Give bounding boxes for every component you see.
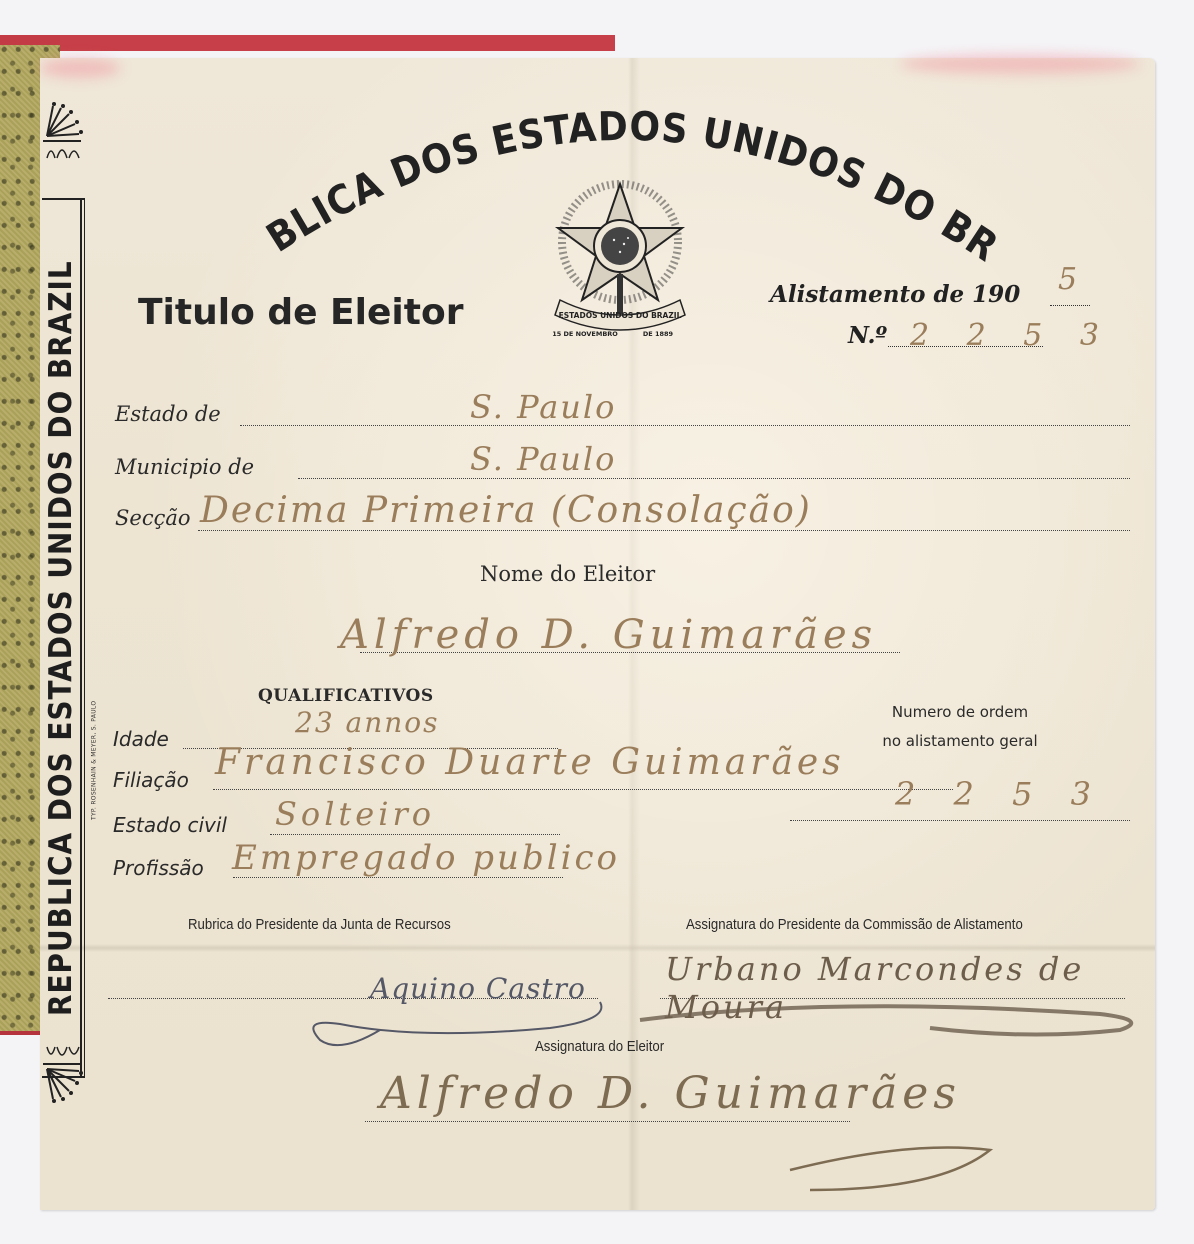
enrollment-year-digit: 5: [1058, 262, 1079, 297]
order-number-label-line1: Numero de ordem: [860, 703, 1060, 721]
palmette-ornament-icon: [43, 1045, 83, 1105]
field-value-filiacao: Francisco Duarte Guimarães: [215, 742, 845, 783]
svg-text:15 DE NOVEMBRO: 15 DE NOVEMBRO: [552, 330, 618, 338]
qualifications-heading: QUALIFICATIVOS: [258, 686, 434, 706]
coat-of-arms-crest-icon: ESTADOS UNIDOS DO BRAZIL 15 DE NOVEMBRO …: [540, 180, 700, 340]
field-value-estado: S. Paulo: [470, 388, 616, 426]
field-value-idade: 23 annos: [295, 706, 440, 739]
palmette-ornament-icon: [43, 100, 83, 160]
order-number-label-line2: no alistamento geral: [860, 732, 1060, 750]
field-label-municipio: Municipio de: [115, 455, 254, 479]
number-value: 2 2 5 3: [910, 318, 1113, 353]
order-number-value: 2 2 5 3: [895, 775, 1105, 813]
field-value-municipio: S. Paulo: [470, 440, 616, 478]
document-title: Titulo de Eleitor: [138, 292, 463, 333]
stain: [900, 54, 1140, 74]
field-label-filiacao: Filiação: [113, 768, 189, 792]
cover-board-top-edge: [40, 35, 615, 51]
voter-name-value: Alfredo D. Guimarães: [340, 612, 877, 658]
number-label: N.º: [848, 322, 887, 349]
svg-text:DE 1889: DE 1889: [643, 330, 674, 338]
field-label-profissao: Profissão: [113, 856, 204, 880]
eleitor-signature: Alfredo D. Guimarães: [380, 1068, 961, 1119]
vertical-border-band: REPUBLICA DOS ESTADOS UNIDOS DO BRAZIL: [40, 58, 88, 1210]
commissao-signature-label: Assignatura do Presidente da Commissão d…: [686, 916, 1023, 933]
field-label-estado-civil: Estado civil: [113, 813, 227, 837]
junta-signature-label: Rubrica do Presidente da Junta de Recurs…: [188, 916, 451, 933]
signature-flourish: [630, 1000, 1150, 1050]
printer-imprint: TYP. ROSENHAIN & MEYER, S. PAULO: [88, 660, 100, 860]
svg-text:ESTADOS UNIDOS DO BRAZIL: ESTADOS UNIDOS DO BRAZIL: [559, 311, 682, 320]
enrollment-year-label: Alistamento de 190: [770, 281, 1020, 308]
vertical-band-text: REPUBLICA DOS ESTADOS UNIDOS DO BRAZIL: [42, 208, 80, 1068]
eleitor-signature-label: Assignatura do Eleitor: [535, 1038, 664, 1055]
field-value-estado-civil: Solteiro: [275, 795, 435, 833]
field-label-estado: Estado de: [115, 402, 221, 426]
field-value-profissao: Empregado publico: [232, 838, 620, 878]
signature-flourish: [790, 1140, 1010, 1200]
field-label-seccao: Secção: [115, 506, 191, 530]
field-label-idade: Idade: [113, 727, 169, 751]
field-value-seccao: Decima Primeira (Consolação): [200, 490, 812, 531]
voter-name-heading: Nome do Eleitor: [480, 562, 655, 586]
